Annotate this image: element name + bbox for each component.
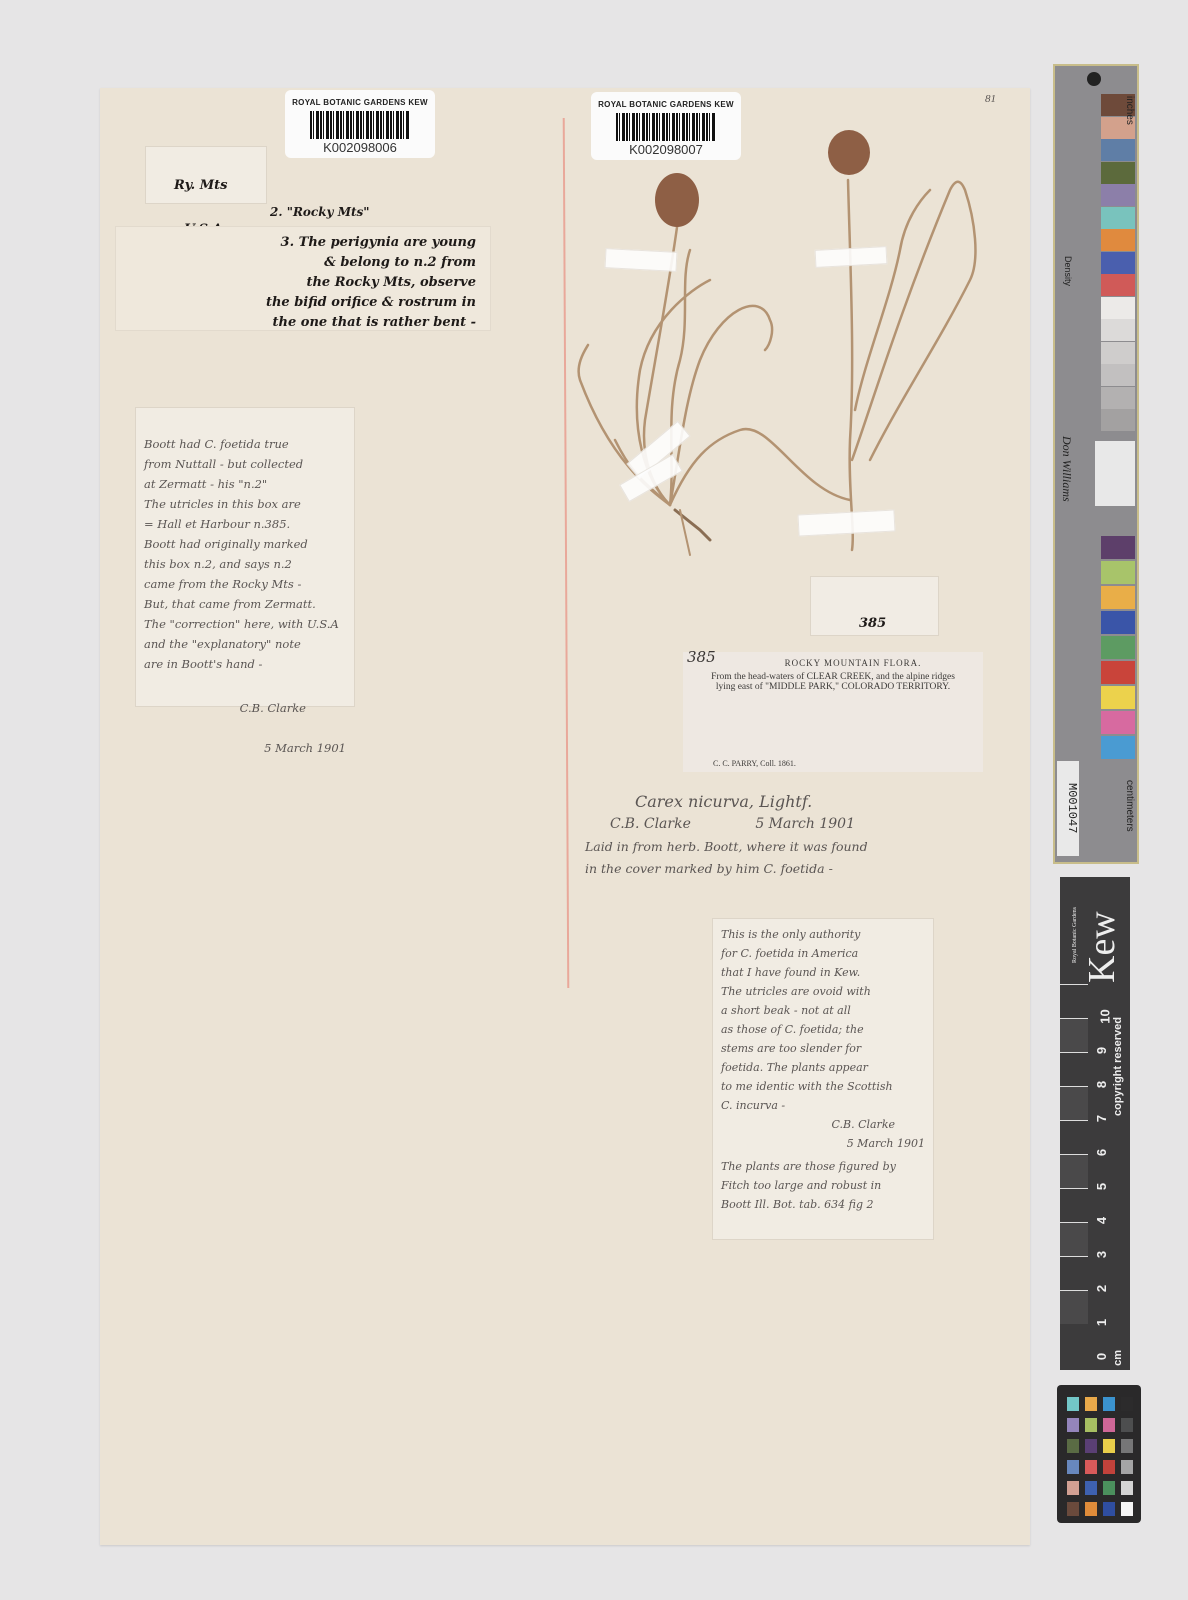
color-swatch [1101,409,1135,431]
ruler-tick-label: 9 [1094,1047,1109,1054]
determination-note: Laid in from herb. Boott, where it was f… [585,836,985,880]
barcode-number: K002098007 [591,142,741,157]
scale-resolution-target [1095,441,1135,506]
color-swatch [1101,561,1135,584]
ruler-segment [1060,1290,1088,1324]
color-patch [1103,1502,1115,1516]
note-clarke-date: 5 March 1901 [721,1134,925,1153]
ruler-tick-label: 1 [1094,1319,1109,1326]
ruler-tick-label: 0 [1094,1353,1109,1360]
color-swatch [1101,661,1135,684]
color-swatch [1101,387,1135,409]
barcode-icon [616,113,716,141]
color-swatch [1101,586,1135,609]
color-density-scale: inches Density Don Williams M001047 cent… [1053,64,1139,864]
color-patch [1121,1418,1133,1432]
label-title: ROCKY MOUNTAIN FLORA. [683,658,983,668]
color-patch [1085,1502,1097,1516]
color-swatch [1101,536,1135,559]
note-rocky-header: 2. "Rocky Mts" [270,205,370,219]
color-swatch [1101,736,1135,759]
kew-ruler: Kew Royal Botanic Gardens copyright rese… [1060,877,1130,1370]
ruler-tick-label: 10 [1098,1009,1113,1023]
color-swatch [1101,611,1135,634]
ruler-tick-label: 4 [1094,1217,1109,1224]
determination-determiner: C.B. Clarke [610,816,691,832]
plant-specimen-left [579,220,850,555]
label-handwritten-number: 385 [687,648,716,666]
determination-date: 5 March 1901 [755,816,855,832]
color-patch [1103,1397,1115,1411]
color-patch [1103,1481,1115,1495]
note-rocky: 3. The perigynia are young & belong to n… [115,226,491,331]
mounting-strip [815,246,888,268]
scale-bottom-label: centimeters [1124,780,1135,832]
ruler-segment [1060,1154,1088,1188]
color-swatch [1101,319,1135,341]
determination-taxon: Carex nicurva, Lightf. [585,790,985,813]
ruler-segment [1060,1018,1088,1052]
color-patch [1085,1397,1097,1411]
ruler-segment [1060,1052,1088,1086]
color-swatch [1101,139,1135,161]
color-swatch [1101,364,1135,386]
barcode-label-2: ROYAL BOTANIC GARDENS KEW K002098007 [591,92,741,160]
note-boott-text: Boott had C. foetida true from Nuttall -… [144,434,346,674]
color-patch [1067,1481,1079,1495]
ruler-tick-label: 6 [1094,1149,1109,1156]
scale-density-label: Density [1063,256,1073,286]
note-clarke-signature: C.B. Clarke [721,1115,925,1134]
color-patch [1121,1397,1133,1411]
color-patch [1121,1502,1133,1516]
ruler-tick-label: 3 [1094,1251,1109,1258]
mounting-strip [605,248,678,272]
color-checker-card [1057,1385,1141,1523]
color-patch [1067,1460,1079,1474]
plant-specimen-right [848,180,975,550]
barcode-institution: ROYAL BOTANIC GARDENS KEW [285,98,435,107]
locality-slip-line1: Ry. Mts [154,175,258,197]
printed-collection-label: 385 ROCKY MOUNTAIN FLORA. From the head-… [683,652,983,772]
color-patch [1067,1397,1079,1411]
ruler-segment [1060,1188,1088,1222]
color-patch [1121,1439,1133,1453]
color-swatch [1101,342,1135,364]
kew-unit: cm [1112,1350,1124,1366]
ruler-segment [1060,1120,1088,1154]
note-clarke-postscript: The plants are those figured by Fitch to… [721,1157,925,1214]
color-patch [1103,1439,1115,1453]
color-patch [1103,1418,1115,1432]
scale-top-label: inches [1124,96,1135,125]
ruler-tick-label: 5 [1094,1183,1109,1190]
note-clarke-text: This is the only authority for C. foetid… [721,925,925,1115]
fragment-packet: 385 [810,576,939,636]
color-swatch [1101,297,1135,319]
color-patch [1121,1460,1133,1474]
scale-id: M001047 [1057,761,1079,856]
barcode-institution: ROYAL BOTANIC GARDENS KEW [591,100,741,109]
color-patch [1103,1460,1115,1474]
note-boott-signature: C.B. Clarke [144,698,346,718]
barcode-number: K002098006 [285,140,435,155]
scale-brand: Don Williams [1059,436,1074,502]
color-swatch [1101,711,1135,734]
kew-copyright: copyright reserved [1112,1017,1124,1116]
note-boott: Boott had C. foetida true from Nuttall -… [135,407,355,707]
color-patch [1085,1481,1097,1495]
barcode-icon [310,111,410,139]
barcode-label-1: ROYAL BOTANIC GARDENS KEW K002098006 [285,90,435,158]
locality-slip: Ry. Mts U.S.A. [145,146,267,204]
color-patch [1085,1418,1097,1432]
flower-head-right [828,130,870,175]
color-swatch [1101,162,1135,184]
ruler-segment [1060,1086,1088,1120]
color-swatch [1101,636,1135,659]
note-clarke: This is the only authority for C. foetid… [712,918,934,1240]
ruler-segment [1060,984,1088,1018]
ruler-tick-label: 7 [1094,1115,1109,1122]
registration-dot-icon [1087,72,1101,86]
fragment-packet-number: 385 [859,616,886,631]
determination-slip: Carex nicurva, Lightf. C.B. Clarke 5 Mar… [585,790,985,880]
color-swatch [1101,686,1135,709]
corner-mark: 81 [985,93,996,105]
color-patch [1121,1481,1133,1495]
color-patch [1067,1418,1079,1432]
color-swatch [1101,184,1135,206]
color-swatch [1101,274,1135,296]
color-patch [1085,1439,1097,1453]
color-swatch [1101,229,1135,251]
label-collector: C. C. PARRY, Coll. 1861. [713,759,796,768]
color-swatch [1101,207,1135,229]
ruler-tick-label: 2 [1094,1285,1109,1292]
ruler-segment [1060,1222,1088,1256]
kew-subtitle: Royal Botanic Gardens [1072,907,1078,963]
ruler-tick-label: 8 [1094,1081,1109,1088]
plant-specimens [570,160,990,560]
flower-head-left [655,173,699,227]
label-locality-2: lying east of "MIDDLE PARK," COLORADO TE… [683,682,983,692]
color-swatch [1101,252,1135,274]
label-locality-1: From the head-waters of CLEAR CREEK, and… [683,672,983,682]
ruler-segment [1060,1256,1088,1290]
color-patch [1067,1502,1079,1516]
color-patch [1067,1439,1079,1453]
color-patch [1085,1460,1097,1474]
note-boott-date: 5 March 1901 [144,738,346,758]
